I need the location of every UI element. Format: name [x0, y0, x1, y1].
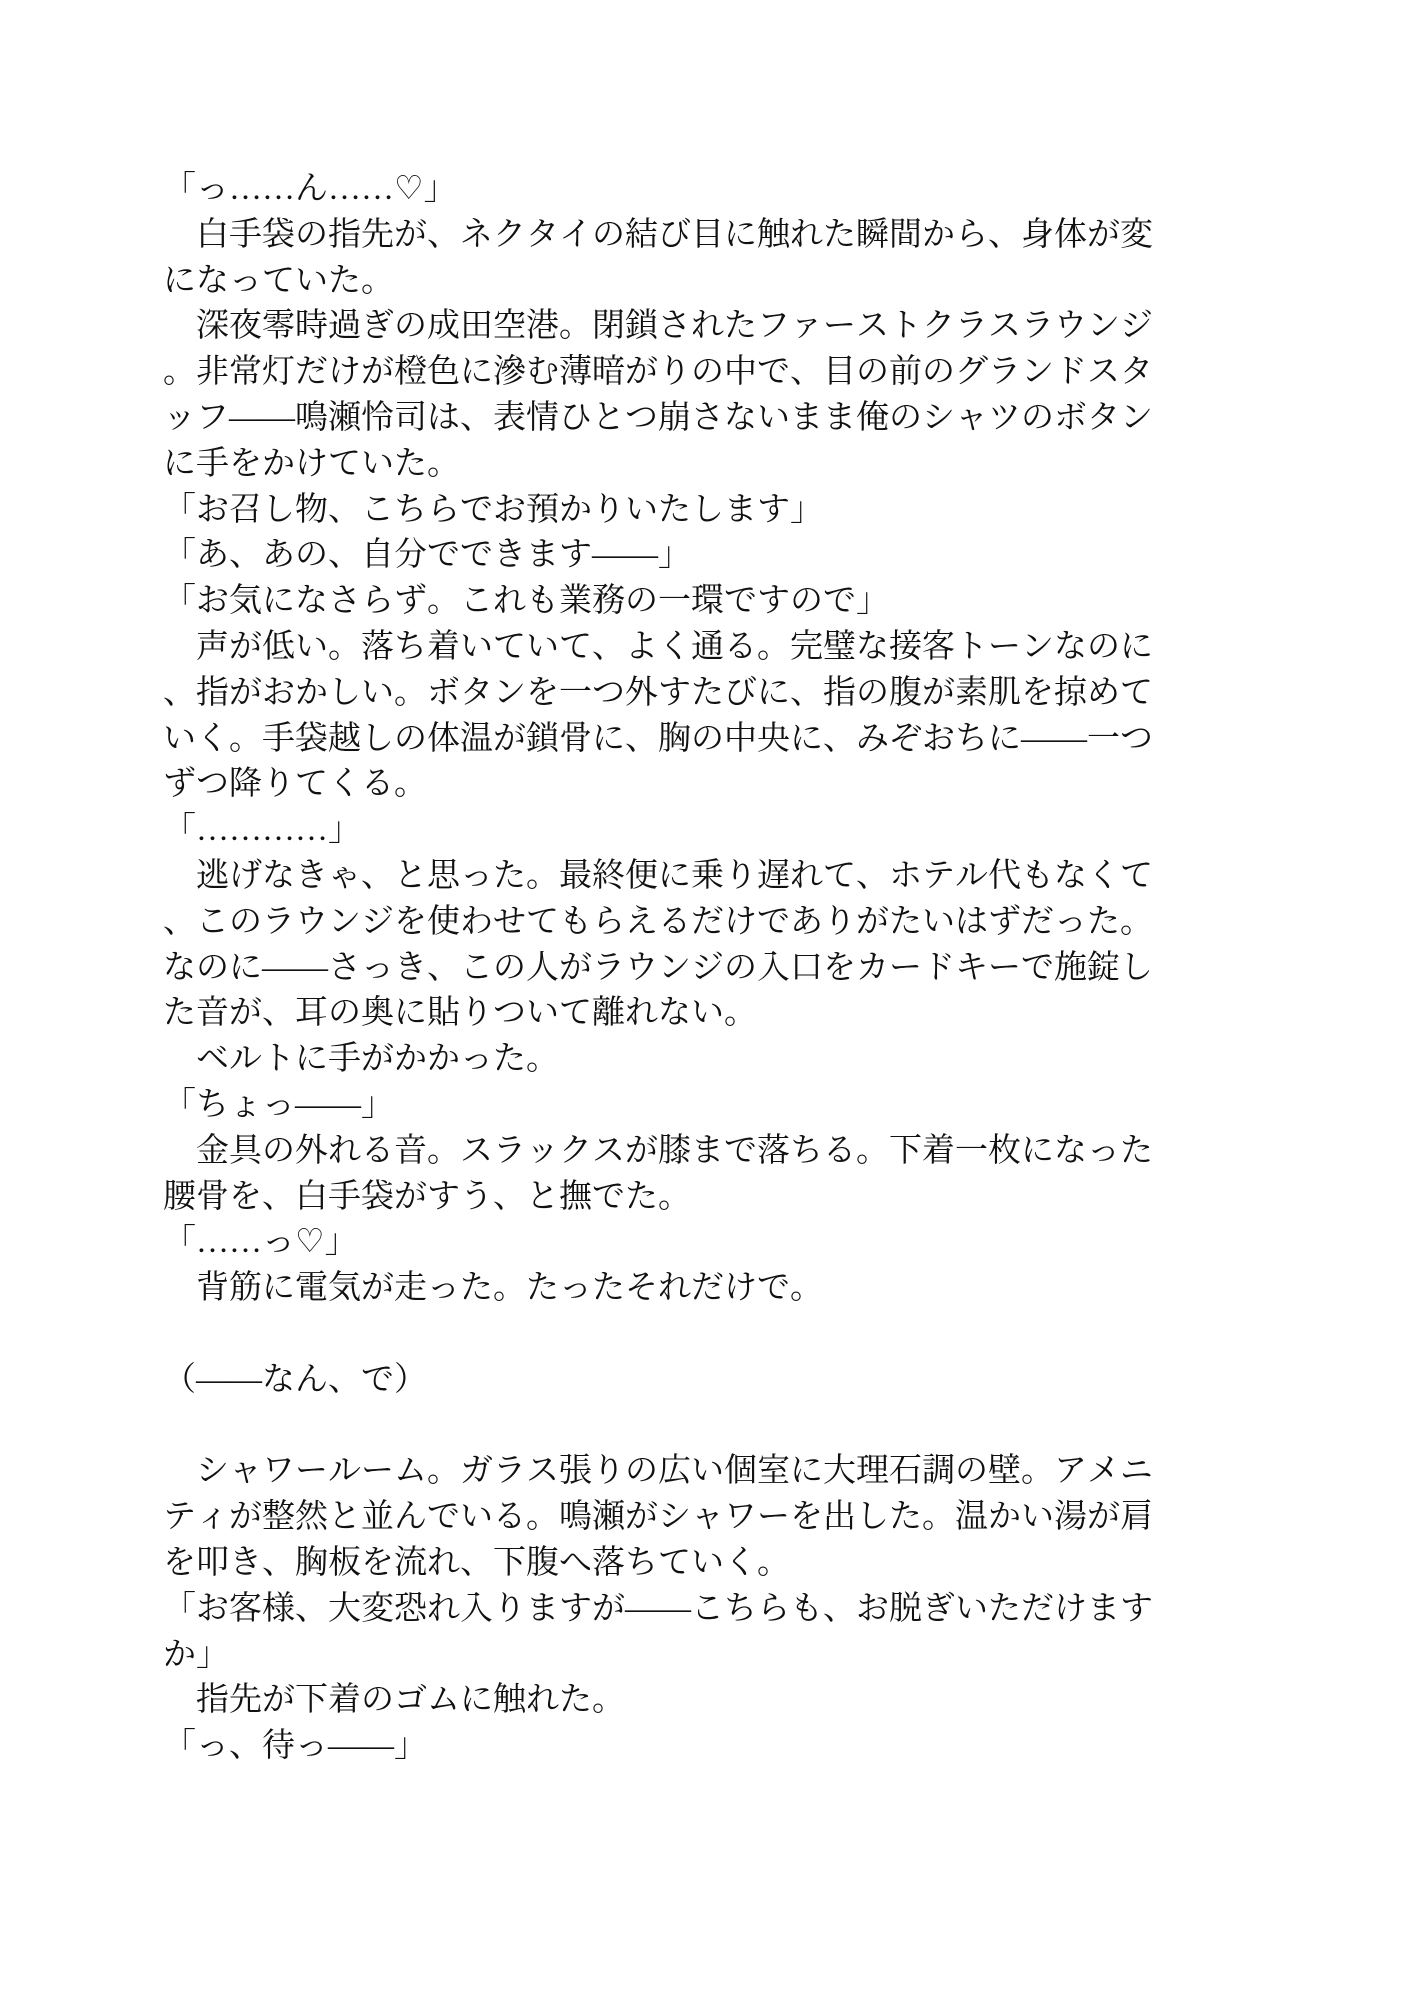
text-line: 腰骨を、白手袋がすう、と撫でた。	[163, 1175, 1355, 1221]
text-line: ッフ――鳴瀬怜司は、表情ひとつ崩さないまま俺のシャツのボタン	[163, 396, 1355, 442]
document-page: 「っ……ん……♡」 白手袋の指先が、ネクタイの結び目に触れた瞬間から、身体が変に…	[0, 0, 1415, 2000]
text-line: か」	[163, 1633, 1355, 1679]
text-line: 「っ、待っ――」	[163, 1724, 1355, 1770]
text-line: 「ちょっ――」	[163, 1083, 1355, 1129]
text-line: 「…………」	[163, 808, 1355, 854]
text-line: （――なん、で）	[163, 1358, 1355, 1404]
text-line: 逃げなきゃ、と思った。最終便に乗り遅れて、ホテル代もなくて	[163, 854, 1355, 900]
text-line: 、このラウンジを使わせてもらえるだけでありがたいはずだった。	[163, 900, 1355, 946]
page-background: { "page": { "kind": "novel-text-page", "…	[0, 0, 1415, 2000]
text-line: に手をかけていた。	[163, 442, 1355, 488]
text-line: 、指がおかしい。ボタンを一つ外すたびに、指の腹が素肌を掠めて	[163, 671, 1355, 717]
text-line: 指先が下着のゴムに触れた。	[163, 1678, 1355, 1724]
text-line: 「っ……ん……♡」	[163, 167, 1355, 213]
text-line: 「お召し物、こちらでお預かりいたします」	[163, 488, 1355, 534]
text-line: 金具の外れる音。スラックスが膝まで落ちる。下着一枚になった	[163, 1129, 1355, 1175]
text-line: 「お気になさらず。これも業務の一環ですので」	[163, 579, 1355, 625]
text-line: 「お客様、大変恐れ入りますが――こちらも、お脱ぎいただけます	[163, 1587, 1355, 1633]
text-line: 「……っ♡」	[163, 1220, 1355, 1266]
blank-line	[163, 1312, 1355, 1358]
text-line: ベルトに手がかかった。	[163, 1037, 1355, 1083]
text-line: 。非常灯だけが橙色に滲む薄暗がりの中で、目の前のグランドスタ	[163, 350, 1355, 396]
text-line: なのに――さっき、この人がラウンジの入口をカードキーで施錠し	[163, 946, 1355, 992]
text-body: 「っ……ん……♡」 白手袋の指先が、ネクタイの結び目に触れた瞬間から、身体が変に…	[163, 167, 1355, 1770]
text-line: 「あ、あの、自分でできます――」	[163, 533, 1355, 579]
text-line: を叩き、胸板を流れ、下腹へ落ちていく。	[163, 1541, 1355, 1587]
text-line: ずつ降りてくる。	[163, 762, 1355, 808]
text-line: 背筋に電気が走った。たったそれだけで。	[163, 1266, 1355, 1312]
text-line: た音が、耳の奥に貼りついて離れない。	[163, 991, 1355, 1037]
text-line: いく。手袋越しの体温が鎖骨に、胸の中央に、みぞおちに――一つ	[163, 717, 1355, 763]
blank-line	[163, 1404, 1355, 1450]
text-line: 白手袋の指先が、ネクタイの結び目に触れた瞬間から、身体が変	[163, 213, 1355, 259]
text-line: 声が低い。落ち着いていて、よく通る。完璧な接客トーンなのに	[163, 625, 1355, 671]
text-line: 深夜零時過ぎの成田空港。閉鎖されたファーストクラスラウンジ	[163, 304, 1355, 350]
text-line: ティが整然と並んでいる。鳴瀬がシャワーを出した。温かい湯が肩	[163, 1495, 1355, 1541]
text-line: になっていた。	[163, 259, 1355, 305]
text-line: シャワールーム。ガラス張りの広い個室に大理石調の壁。アメニ	[163, 1449, 1355, 1495]
